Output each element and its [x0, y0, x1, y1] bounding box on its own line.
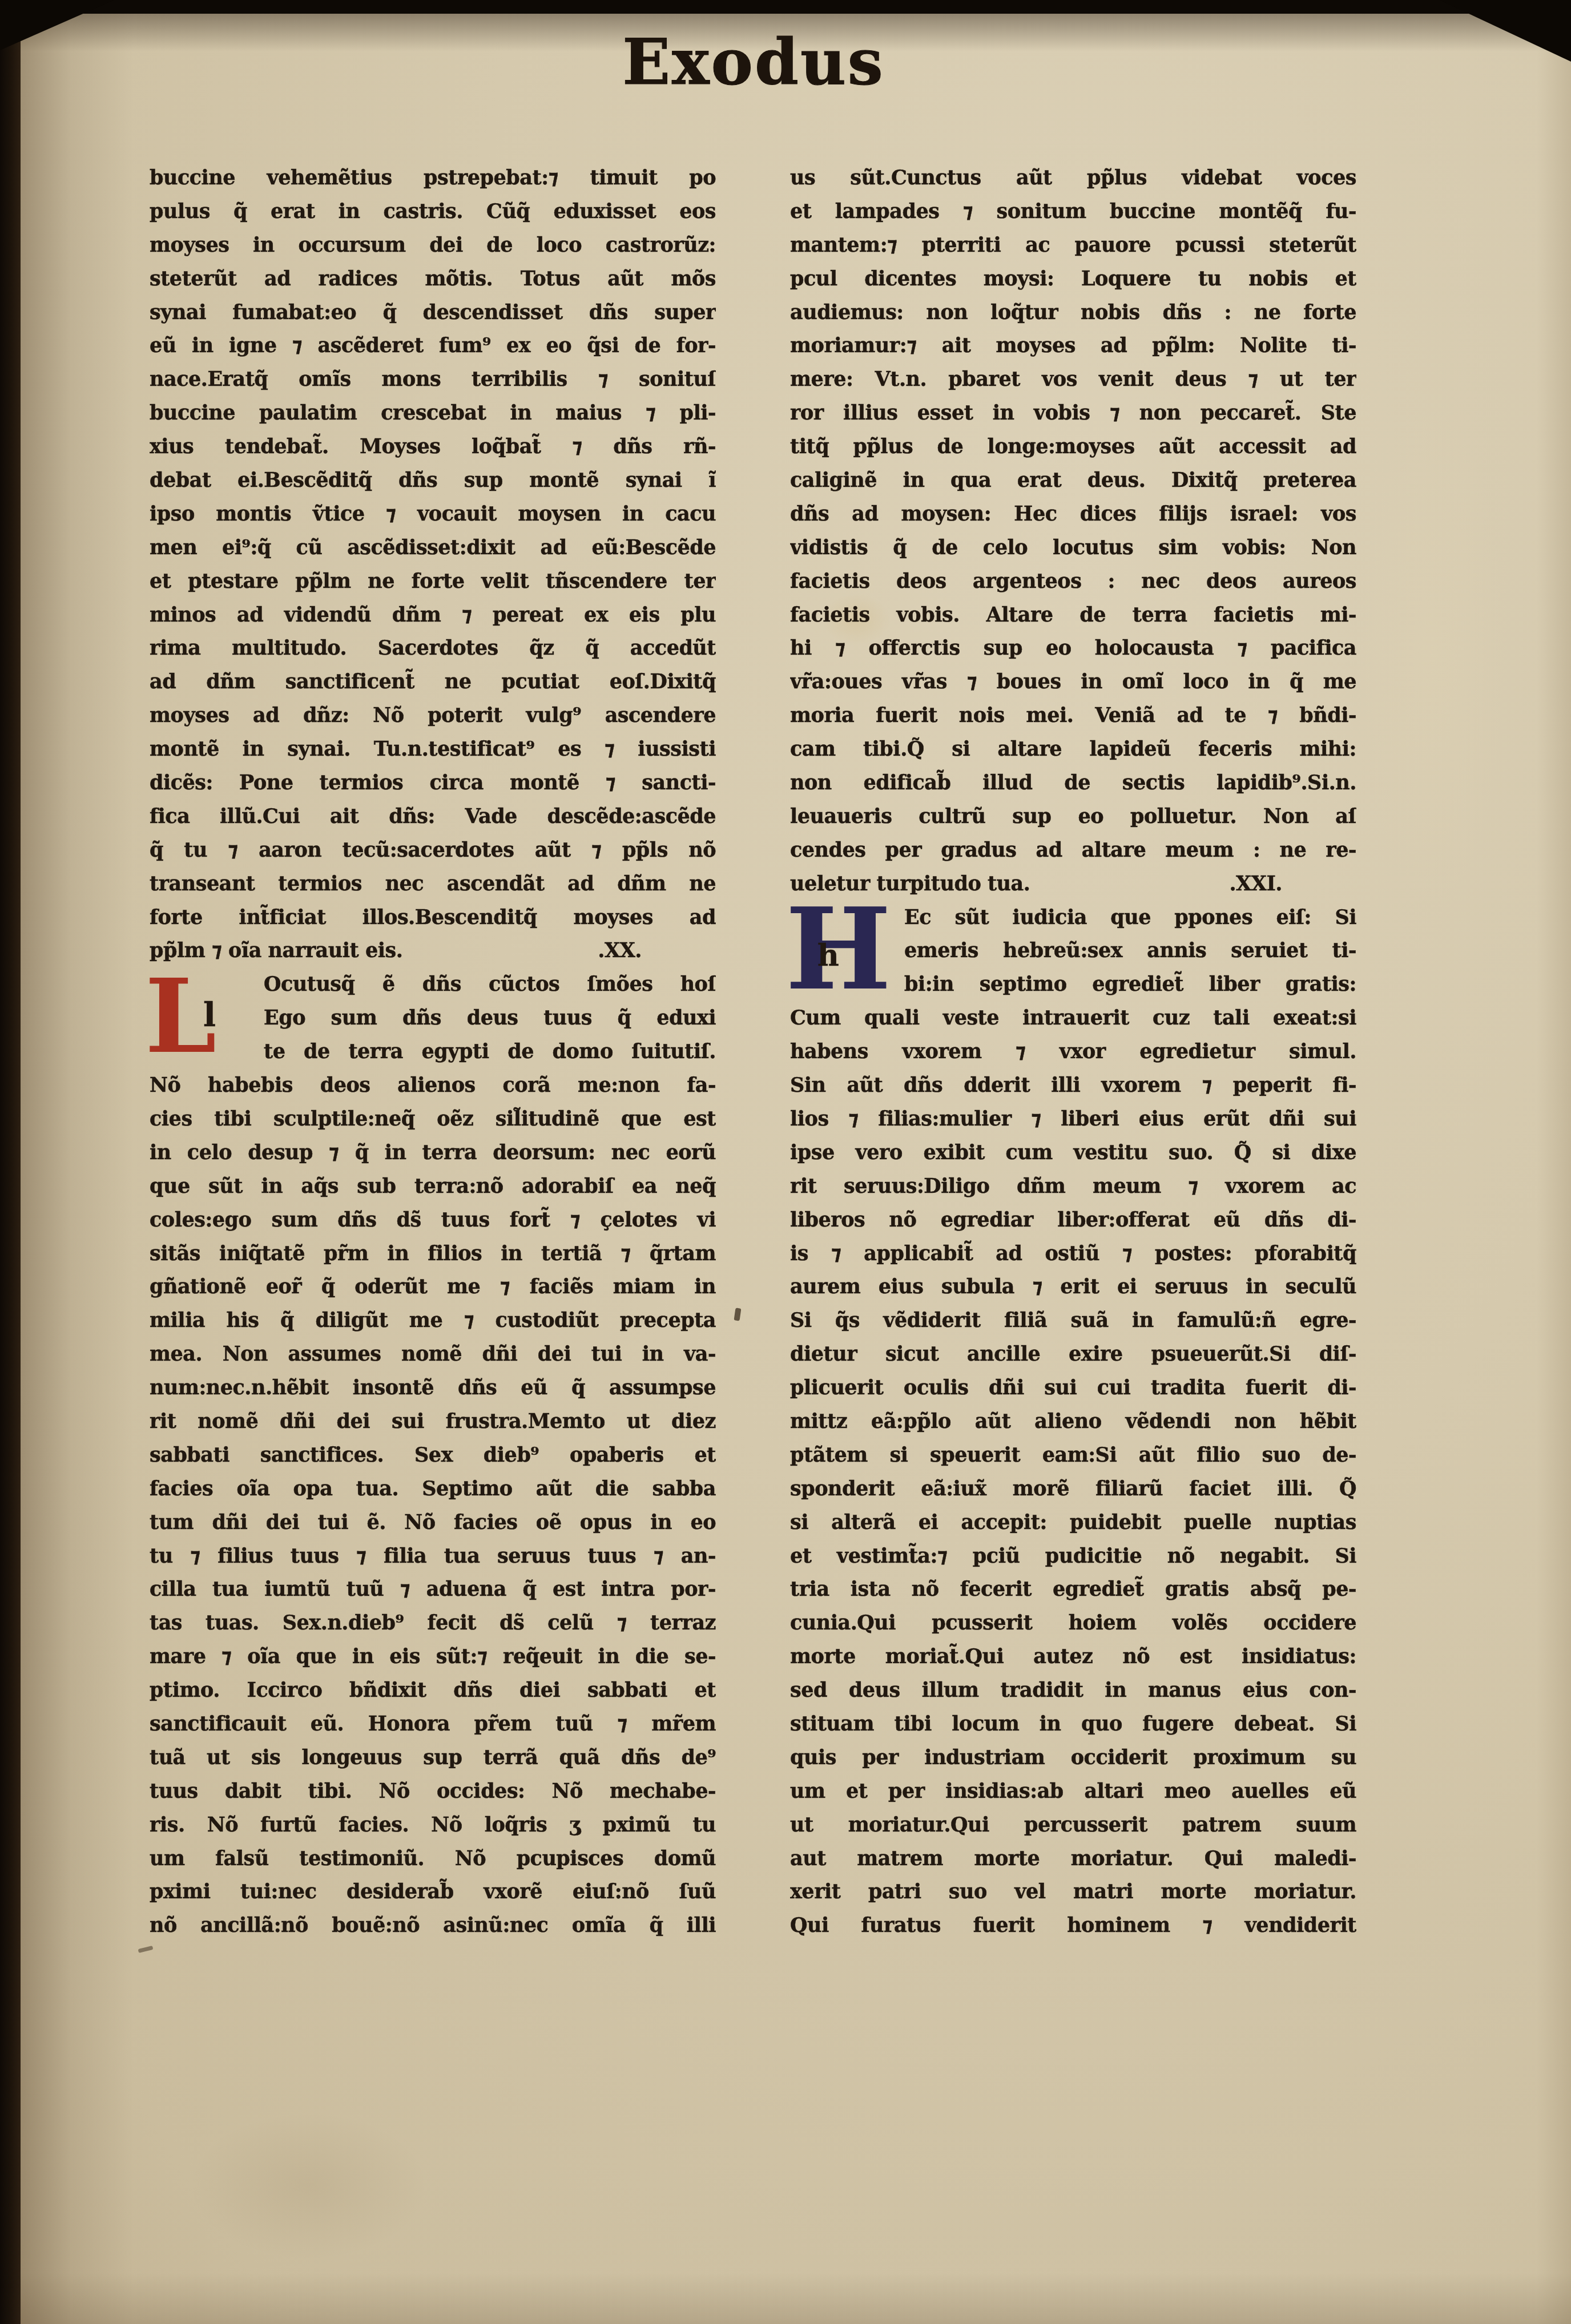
line-text: Ocutusq̃ ẽ dñs cũctos ſmões hoſ	[264, 973, 716, 996]
line-text: mere: Vt.n. pbaret vos venit deus ⁊ ut t…	[790, 368, 1356, 391]
line-text: pp̃lm ⁊ oĩa narrauit eis.	[150, 934, 402, 968]
line-text: sitãs iniq̃tatẽ pr̃m in filios in tertiã…	[150, 1242, 716, 1265]
text-line: sed deus illum tradidit in manus eius co…	[790, 1674, 1356, 1708]
line-text: men ei⁹:q̃ cũ ascẽdisset:dixit ad eũ:Bes…	[150, 536, 716, 559]
text-line: ipso montis ṽtice ⁊ vocauit moysen in ca…	[150, 498, 716, 531]
line-text: mittz eã:pp̃lo aũt alieno vẽdendi non hẽ…	[790, 1410, 1356, 1433]
text-line: rima multitudo. Sacerdotes q̃z q̃ accedũ…	[150, 632, 716, 665]
text-line: cies tibi sculptile:neq̃ oẽz sil̃itudinẽ…	[150, 1103, 716, 1136]
line-text: xius tendebat̃. Moyses loq̃bat̃ ⁊ dñs rñ…	[150, 435, 716, 458]
text-line: forte int̃ficiat illos.Bescenditq̃ moyse…	[150, 901, 716, 935]
text-line: dicẽs: Pone termios circa montẽ ⁊ sancti…	[150, 766, 716, 800]
line-text: montẽ in synai. Tu.n.testificat⁹ es ⁊ iu…	[150, 737, 716, 761]
line-text: que sũt in aq̃s sub terra:nõ adorabiſ ea…	[150, 1175, 716, 1198]
text-line: Qui furatus fuerit hominem ⁊ vendiderit	[790, 1909, 1356, 1943]
line-text: non edificab̃ illud de sectis lapidib⁹.S…	[790, 771, 1356, 794]
line-text: cam tibi.Q̃ si altare lapideũ feceris mi…	[790, 737, 1356, 761]
line-text: is ⁊ applicabit̃ ad ostiũ ⁊ postes: pfor…	[790, 1242, 1356, 1265]
line-text: debat ei.Bescẽditq̃ dñs sup montẽ synai …	[150, 469, 716, 492]
text-line: ad dñm sanctificent̃ ne pcutiat eoſ.Dixi…	[150, 665, 716, 699]
left-text-column: L l buccine vehemẽtius pstrepebat:⁊ timu…	[150, 162, 716, 1943]
text-line: steterũt ad radices mõtis. Totus aũt mõs	[150, 263, 716, 296]
line-text: tum dñi dei tui ẽ. Nõ facies oẽ opus in …	[150, 1511, 716, 1534]
line-text: um et per insidias:ab altari meo auelles…	[790, 1780, 1356, 1803]
line-text: et ptestare pp̃lm ne forte velit tñscend…	[150, 570, 716, 593]
text-line: facietis vobis. Altare de terra facietis…	[790, 599, 1356, 632]
text-line: tas tuas. Sex.n.dieb⁹ fecit ds̃ celũ ⁊ t…	[150, 1607, 716, 1640]
text-line: stituam tibi locum in quo fugere debeat.…	[790, 1708, 1356, 1741]
line-text: rit seruus:Diligo dñm meum ⁊ vxorem ac	[790, 1175, 1356, 1198]
line-text: mare ⁊ oĩa que in eis sũt:⁊ req̃euit in …	[150, 1645, 716, 1668]
line-text: moria fuerit nois mei. Veniã ad te ⁊ bñd…	[790, 704, 1356, 727]
line-text: sed deus illum tradidit in manus eius co…	[790, 1679, 1356, 1702]
text-line: te de terra egypti de domo ſuitutiſ.	[150, 1035, 716, 1069]
right-text-column: H h us sũt.Cunctus aũt pp̃lus videbat vo…	[790, 162, 1356, 1943]
line-text: facietis vobis. Altare de terra facietis…	[790, 603, 1356, 627]
line-text: vidistis q̃ de celo locutus sim vobis: N…	[790, 536, 1356, 559]
line-text: rit nomẽ dñi dei sui frustra.Memto ut di…	[150, 1410, 716, 1433]
text-line: ipse vero exibit cum vestitu suo. Q̃ si …	[790, 1136, 1356, 1170]
text-line: mare ⁊ oĩa que in eis sũt:⁊ req̃euit in …	[150, 1640, 716, 1674]
text-line: vidistis q̃ de celo locutus sim vobis: N…	[790, 531, 1356, 565]
line-text: sabbati sanctifices. Sex dieb⁹ opaberis …	[150, 1443, 716, 1467]
line-text: cunia.Qui pcusserit hoiem volẽs occidere	[790, 1611, 1356, 1635]
text-line: facietis deos argenteos : nec deos aureo…	[790, 565, 1356, 599]
text-line: vr̃a:oues vr̃as ⁊ boues in omĩ loco in q…	[790, 665, 1356, 699]
text-line: pulus q̃ erat in castris. Cũq̃ eduxisset…	[150, 195, 716, 229]
line-text: pximi tui:nec desiderab̃ vxorẽ eiuſ:nõ ſ…	[150, 1880, 716, 1903]
text-line: moyses in occursum dei de loco castrorũz…	[150, 229, 716, 263]
line-text: dicẽs: Pone termios circa montẽ ⁊ sancti…	[150, 771, 716, 794]
line-text: Si q̃s vẽdiderit filiã suã in famulũ:ñ e…	[790, 1309, 1356, 1332]
line-text: Cum quali veste intrauerit cuz tali exea…	[790, 1006, 1356, 1030]
line-text: tas tuas. Sex.n.dieb⁹ fecit ds̃ celũ ⁊ t…	[150, 1611, 716, 1635]
text-line: sitãs iniq̃tatẽ pr̃m in filios in tertiã…	[150, 1237, 716, 1271]
text-line: mittz eã:pp̃lo aũt alieno vẽdendi non hẽ…	[790, 1405, 1356, 1439]
line-text: cendes per gradus ad altare meum : ne re…	[790, 838, 1356, 862]
line-text: fica illũ.Cui ait dñs: Vade descẽde:ascẽ…	[150, 805, 716, 828]
text-line: buccine paulatim crescebat in maius ⁊ pl…	[150, 397, 716, 430]
text-line: fica illũ.Cui ait dñs: Vade descẽde:ascẽ…	[150, 800, 716, 834]
line-text: milia his q̃ diligũt me ⁊ custodiũt prec…	[150, 1309, 716, 1332]
text-line: que sũt in aq̃s sub terra:nõ adorabiſ ea…	[150, 1170, 716, 1204]
text-line: montẽ in synai. Tu.n.testificat⁹ es ⁊ iu…	[150, 733, 716, 766]
line-text: lios ⁊ filias:mulier ⁊ liberi eius erũt …	[790, 1107, 1356, 1131]
line-text: gñationẽ eor̃ q̃ oderũt me ⁊ faciẽs miam…	[150, 1275, 716, 1298]
text-line: mantem:⁊ pterriti ac pauore pcussi stete…	[790, 229, 1356, 263]
line-text: et lampades ⁊ sonitum buccine montẽq̃ fu…	[790, 200, 1356, 223]
line-text: coles:ego sum dñs ds̃ tuus fort̃ ⁊ çelot…	[150, 1208, 716, 1232]
text-line: emeris hebreũ:sex annis seruiet ti-	[790, 934, 1356, 968]
text-line: Sin aũt dñs dderit illi vxorem ⁊ peperit…	[790, 1069, 1356, 1103]
text-line: eũ in igne ⁊ ascẽderet fum⁹ ex eo q̃si d…	[150, 329, 716, 363]
line-text: sanctificauit eũ. Honora pr̃em tuũ ⁊ mr̃…	[150, 1712, 716, 1736]
text-line: tuus dabit tibi. Nõ occides: Nõ mechabe-	[150, 1775, 716, 1809]
line-text: vr̃a:oues vr̃as ⁊ boues in omĩ loco in q…	[790, 670, 1356, 693]
text-line: morte moriat̃.Qui autez nõ est insidiatu…	[790, 1640, 1356, 1674]
text-line: transeant termios nec ascendãt ad dñm ne	[150, 868, 716, 901]
line-text: audiemus: non loq̃tur nobis dñs : ne for…	[790, 301, 1356, 324]
line-text: q̃ tu ⁊ aaron tecũ:sacerdotes aũt ⁊ pp̃l…	[150, 838, 716, 862]
line-text: caliginẽ in qua erat deus. Dixitq̃ prete…	[790, 469, 1356, 492]
text-line: men ei⁹:q̃ cũ ascẽdisset:dixit ad eũ:Bes…	[150, 531, 716, 565]
text-line: et lampades ⁊ sonitum buccine montẽq̃ fu…	[790, 195, 1356, 229]
text-line: cendes per gradus ad altare meum : ne re…	[790, 834, 1356, 868]
text-line: tu ⁊ filius tuus ⁊ filia tua seruus tuus…	[150, 1540, 716, 1573]
text-line: minos ad videndũ dñm ⁊ pereat ex eis plu	[150, 599, 716, 632]
line-text: um falsũ testimoniũ. Nõ pcupisces domũ	[150, 1847, 716, 1870]
line-text: quis per industriam occiderit proximum s…	[790, 1746, 1356, 1769]
line-text: nõ ancillã:nõ bouẽ:nõ asinũ:nec omĩa q̃ …	[150, 1914, 716, 1937]
text-line: audiemus: non loq̃tur nobis dñs : ne for…	[790, 296, 1356, 330]
page-title: Exodus	[571, 25, 936, 99]
text-line: xius tendebat̃. Moyses loq̃bat̃ ⁊ dñs rñ…	[150, 430, 716, 464]
text-line: pximi tui:nec desiderab̃ vxorẽ eiuſ:nõ ſ…	[150, 1875, 716, 1909]
text-line: synai fumabat:eo q̃ descendisset dñs sup…	[150, 296, 716, 330]
line-text: minos ad videndũ dñm ⁊ pereat ex eis plu	[150, 603, 716, 627]
text-line: mea. Non assumes nomẽ dñi dei tui in va-	[150, 1338, 716, 1371]
line-text: tu ⁊ filius tuus ⁊ filia tua seruus tuus…	[150, 1544, 716, 1568]
line-text: cies tibi sculptile:neq̃ oẽz sil̃itudinẽ…	[150, 1107, 716, 1131]
text-line: facies oĩa opa tua. Septimo aũt die sabb…	[150, 1472, 716, 1506]
text-line: Cum quali veste intrauerit cuz tali exea…	[790, 1002, 1356, 1035]
text-line: ror illius esset in vobis ⁊ non peccaret…	[790, 397, 1356, 430]
text-line: plicuerit oculis dñi sui cui tradita fue…	[790, 1371, 1356, 1405]
text-line: um falsũ testimoniũ. Nõ pcupisces domũ	[150, 1842, 716, 1876]
line-text: aut matrem morte moriatur. Qui maledi-	[790, 1847, 1356, 1870]
line-text: mea. Non assumes nomẽ dñi dei tui in va-	[150, 1342, 716, 1366]
text-line: ueletur turpitudo tua..XXI.	[790, 868, 1356, 901]
line-text: tria ista nõ fecerit egrediet̃ gratis ab…	[790, 1577, 1356, 1601]
line-text: moyses in occursum dei de loco castrorũz…	[150, 233, 716, 257]
line-text: ut moriatur.Qui percusserit patrem suum	[790, 1813, 1356, 1837]
text-line: debat ei.Bescẽditq̃ dñs sup montẽ synai …	[150, 464, 716, 498]
line-text: hi ⁊ offerctis sup eo holocausta ⁊ pacif…	[790, 636, 1356, 660]
text-line: titq̃ pp̃lus de longe:moyses aũt accessi…	[790, 430, 1356, 464]
text-line: tria ista nõ fecerit egrediet̃ gratis ab…	[790, 1573, 1356, 1607]
text-line: sponderit eã:iux̃ morẽ filiarũ faciet il…	[790, 1472, 1356, 1506]
line-text: ptãtem si speuerit eam:Si aũt filio suo …	[790, 1443, 1356, 1467]
text-line: xerit patri suo vel matri morte moriatur…	[790, 1875, 1356, 1909]
text-line: et ptestare pp̃lm ne forte velit tñscend…	[150, 565, 716, 599]
chapter-number: .XX.	[598, 934, 642, 968]
text-line: pp̃lm ⁊ oĩa narrauit eis..XX.	[150, 934, 716, 968]
line-text: ptimo. Iccirco bñdixit dñs diei sabbati …	[150, 1679, 716, 1702]
line-text: si alterã ei accepit: puidebit puelle nu…	[790, 1511, 1356, 1534]
line-text: steterũt ad radices mõtis. Totus aũt mõs	[150, 267, 716, 290]
line-text: num:nec.n.hẽbit insontẽ dñs eũ q̃ assump…	[150, 1376, 716, 1399]
text-line: cilla tua iumtũ tuũ ⁊ aduena q̃ est intr…	[150, 1573, 716, 1607]
text-line: si alterã ei accepit: puidebit puelle nu…	[790, 1506, 1356, 1540]
line-text: pcul dicentes moysi: Loquere tu nobis et	[790, 267, 1356, 290]
line-text: morte moriat̃.Qui autez nõ est insidiatu…	[790, 1645, 1356, 1668]
line-text: in celo desup ⁊ q̃ in terra deorsum: nec…	[150, 1141, 716, 1164]
line-text: plicuerit oculis dñi sui cui tradita fue…	[790, 1376, 1356, 1399]
line-text: leuaueris cultrũ sup eo polluetur. Non a…	[790, 805, 1356, 828]
text-line: ris. Nõ furtũ facies. Nõ loq̃ris ʒ pximũ…	[150, 1809, 716, 1842]
line-text: Qui furatus fuerit hominem ⁊ vendiderit	[790, 1914, 1356, 1937]
text-line: dñs ad moysen: Hec dices filijs israel: …	[790, 498, 1356, 531]
text-line: moria fuerit nois mei. Veniã ad te ⁊ bñd…	[790, 699, 1356, 733]
text-line: hi ⁊ offerctis sup eo holocausta ⁊ pacif…	[790, 632, 1356, 665]
text-line: mere: Vt.n. pbaret vos venit deus ⁊ ut t…	[790, 363, 1356, 397]
text-line: rit seruus:Diligo dñm meum ⁊ vxorem ac	[790, 1170, 1356, 1204]
text-line: gñationẽ eor̃ q̃ oderũt me ⁊ faciẽs miam…	[150, 1270, 716, 1304]
line-text: stituam tibi locum in quo fugere debeat.…	[790, 1712, 1356, 1736]
text-line: pcul dicentes moysi: Loquere tu nobis et	[790, 263, 1356, 296]
line-text: synai fumabat:eo q̃ descendisset dñs sup…	[150, 301, 716, 324]
text-line: sabbati sanctifices. Sex dieb⁹ opaberis …	[150, 1439, 716, 1472]
line-text: moriamur:⁊ ait moyses ad pp̃lm: Nolite t…	[790, 334, 1356, 357]
text-line: is ⁊ applicabit̃ ad ostiũ ⁊ postes: pfor…	[790, 1237, 1356, 1271]
line-text: forte int̃ficiat illos.Bescenditq̃ moyse…	[150, 906, 716, 929]
line-text: habens vxorem ⁊ vxor egredietur simul.	[790, 1040, 1356, 1063]
text-line: caliginẽ in qua erat deus. Dixitq̃ prete…	[790, 464, 1356, 498]
text-line: cunia.Qui pcusserit hoiem volẽs occidere	[790, 1607, 1356, 1640]
line-text: eũ in igne ⁊ ascẽderet fum⁹ ex eo q̃si d…	[150, 334, 716, 357]
text-line: et vestimt̃a:⁊ pciũ pudicitie nõ negabit…	[790, 1540, 1356, 1573]
line-text: Ec sũt iudicia que ppones eiſ: Si	[904, 906, 1356, 929]
text-line: aut matrem morte moriatur. Qui maledi-	[790, 1842, 1356, 1876]
line-text: cilla tua iumtũ tuũ ⁊ aduena q̃ est intr…	[150, 1577, 716, 1601]
line-text: sponderit eã:iux̃ morẽ filiarũ faciet il…	[790, 1477, 1356, 1500]
text-line: tuã ut sis longeuus sup terrã quã dñs de…	[150, 1741, 716, 1775]
text-line: leuaueris cultrũ sup eo polluetur. Non a…	[790, 800, 1356, 834]
text-line: num:nec.n.hẽbit insontẽ dñs eũ q̃ assump…	[150, 1371, 716, 1405]
line-text: ipso montis ṽtice ⁊ vocauit moysen in ca…	[150, 502, 716, 526]
text-line: nace.Eratq̃ omĩs mons terribilis ⁊ sonit…	[150, 363, 716, 397]
text-line: moriamur:⁊ ait moyses ad pp̃lm: Nolite t…	[790, 329, 1356, 363]
line-text: dietur sicut ancille exire psueuerũt.Si …	[790, 1342, 1356, 1366]
text-line: coles:ego sum dñs ds̃ tuus fort̃ ⁊ çelot…	[150, 1204, 716, 1237]
line-text: titq̃ pp̃lus de longe:moyses aũt accessi…	[790, 435, 1356, 458]
book-photo: { "header": { "title": "Exodus" }, "colo…	[0, 0, 1571, 2324]
line-text: et vestimt̃a:⁊ pciũ pudicitie nõ negabit…	[790, 1544, 1356, 1568]
text-line: lios ⁊ filias:mulier ⁊ liberi eius erũt …	[790, 1103, 1356, 1136]
line-text: us sũt.Cunctus aũt pp̃lus videbat voces	[790, 166, 1356, 189]
line-text: Sin aũt dñs dderit illi vxorem ⁊ peperit…	[790, 1074, 1356, 1097]
text-line: nõ ancillã:nõ bouẽ:nõ asinũ:nec omĩa q̃ …	[150, 1909, 716, 1943]
text-line: liberos nõ egrediar liber:offerat eũ dñs…	[790, 1204, 1356, 1237]
text-line: aurem eius subula ⁊ erit ei seruus in se…	[790, 1270, 1356, 1304]
text-line: Si q̃s vẽdiderit filiã suã in famulũ:ñ e…	[790, 1304, 1356, 1338]
text-line: cam tibi.Q̃ si altare lapideũ feceris mi…	[790, 733, 1356, 766]
line-text: nace.Eratq̃ omĩs mons terribilis ⁊ sonit…	[150, 368, 716, 391]
text-line: moyses ad dñz: Nõ poterit vulg⁹ ascender…	[150, 699, 716, 733]
text-line: Ego sum dñs deus tuus q̃ eduxi	[150, 1002, 716, 1035]
text-line: tum dñi dei tui ẽ. Nõ facies oẽ opus in …	[150, 1506, 716, 1540]
text-line: bi:in septimo egrediet̃ liber gratis:	[790, 968, 1356, 1002]
text-line: quis per industriam occiderit proximum s…	[790, 1741, 1356, 1775]
line-text: ror illius esset in vobis ⁊ non peccaret…	[790, 401, 1356, 425]
page-edge-left	[0, 0, 21, 2324]
text-line: um et per insidias:ab altari meo auelles…	[790, 1775, 1356, 1809]
text-line: Ec sũt iudicia que ppones eiſ: Si	[790, 901, 1356, 935]
text-line: habens vxorem ⁊ vxor egredietur simul.	[790, 1035, 1356, 1069]
line-text: Nõ habebis deos alienos corã me:non fa-	[150, 1074, 716, 1097]
text-line: ptãtem si speuerit eam:Si aũt filio suo …	[790, 1439, 1356, 1472]
text-line: sanctificauit eũ. Honora pr̃em tuũ ⁊ mr̃…	[150, 1708, 716, 1741]
text-line: Ocutusq̃ ẽ dñs cũctos ſmões hoſ	[150, 968, 716, 1002]
line-text: tuus dabit tibi. Nõ occides: Nõ mechabe-	[150, 1780, 716, 1803]
line-text: ipse vero exibit cum vestitu suo. Q̃ si …	[790, 1141, 1356, 1164]
text-line: ptimo. Iccirco bñdixit dñs diei sabbati …	[150, 1674, 716, 1708]
text-line: rit nomẽ dñi dei sui frustra.Memto ut di…	[150, 1405, 716, 1439]
line-text: bi:in septimo egrediet̃ liber gratis:	[904, 973, 1356, 996]
line-text: buccine vehemẽtius pstrepebat:⁊ timuit p…	[150, 166, 716, 189]
line-text: aurem eius subula ⁊ erit ei seruus in se…	[790, 1275, 1356, 1298]
page-edge-top	[0, 0, 1571, 14]
text-line: in celo desup ⁊ q̃ in terra deorsum: nec…	[150, 1136, 716, 1170]
line-text: transeant termios nec ascendãt ad dñm ne	[150, 872, 716, 895]
line-text: rima multitudo. Sacerdotes q̃z q̃ accedũ…	[150, 636, 716, 660]
text-line: us sũt.Cunctus aũt pp̃lus videbat voces	[790, 162, 1356, 195]
line-text: liberos nõ egrediar liber:offerat eũ dñs…	[790, 1208, 1356, 1232]
text-line: Nõ habebis deos alienos corã me:non fa-	[150, 1069, 716, 1103]
line-text: emeris hebreũ:sex annis seruiet ti-	[904, 939, 1356, 962]
text-line: milia his q̃ diligũt me ⁊ custodiũt prec…	[150, 1304, 716, 1338]
line-text: ad dñm sanctificent̃ ne pcutiat eoſ.Dixi…	[150, 670, 716, 693]
line-text: facietis deos argenteos : nec deos aureo…	[790, 570, 1356, 593]
text-line: dietur sicut ancille exire psueuerũt.Si …	[790, 1338, 1356, 1371]
text-line: ut moriatur.Qui percusserit patrem suum	[790, 1809, 1356, 1842]
line-text: xerit patri suo vel matri morte moriatur…	[790, 1880, 1356, 1903]
line-text: pulus q̃ erat in castris. Cũq̃ eduxisset…	[150, 200, 716, 223]
line-text: ueletur turpitudo tua.	[790, 868, 1030, 901]
line-text: tuã ut sis longeuus sup terrã quã dñs de…	[150, 1746, 716, 1769]
line-text: facies oĩa opa tua. Septimo aũt die sabb…	[150, 1477, 716, 1500]
line-text: ris. Nõ furtũ facies. Nõ loq̃ris ʒ pximũ…	[150, 1813, 716, 1837]
line-text: mantem:⁊ pterriti ac pauore pcussi stete…	[790, 233, 1356, 257]
text-line: buccine vehemẽtius pstrepebat:⁊ timuit p…	[150, 162, 716, 195]
line-text: moyses ad dñz: Nõ poterit vulg⁹ ascender…	[150, 704, 716, 727]
line-text: buccine paulatim crescebat in maius ⁊ pl…	[150, 401, 716, 425]
line-text: Ego sum dñs deus tuus q̃ eduxi	[264, 1006, 716, 1030]
chapter-number: .XXI.	[1229, 868, 1282, 901]
line-text: dñs ad moysen: Hec dices filijs israel: …	[790, 502, 1356, 526]
line-text: te de terra egypti de domo ſuitutiſ.	[264, 1040, 716, 1063]
text-line: q̃ tu ⁊ aaron tecũ:sacerdotes aũt ⁊ pp̃l…	[150, 834, 716, 868]
text-line: non edificab̃ illud de sectis lapidib⁹.S…	[790, 766, 1356, 800]
